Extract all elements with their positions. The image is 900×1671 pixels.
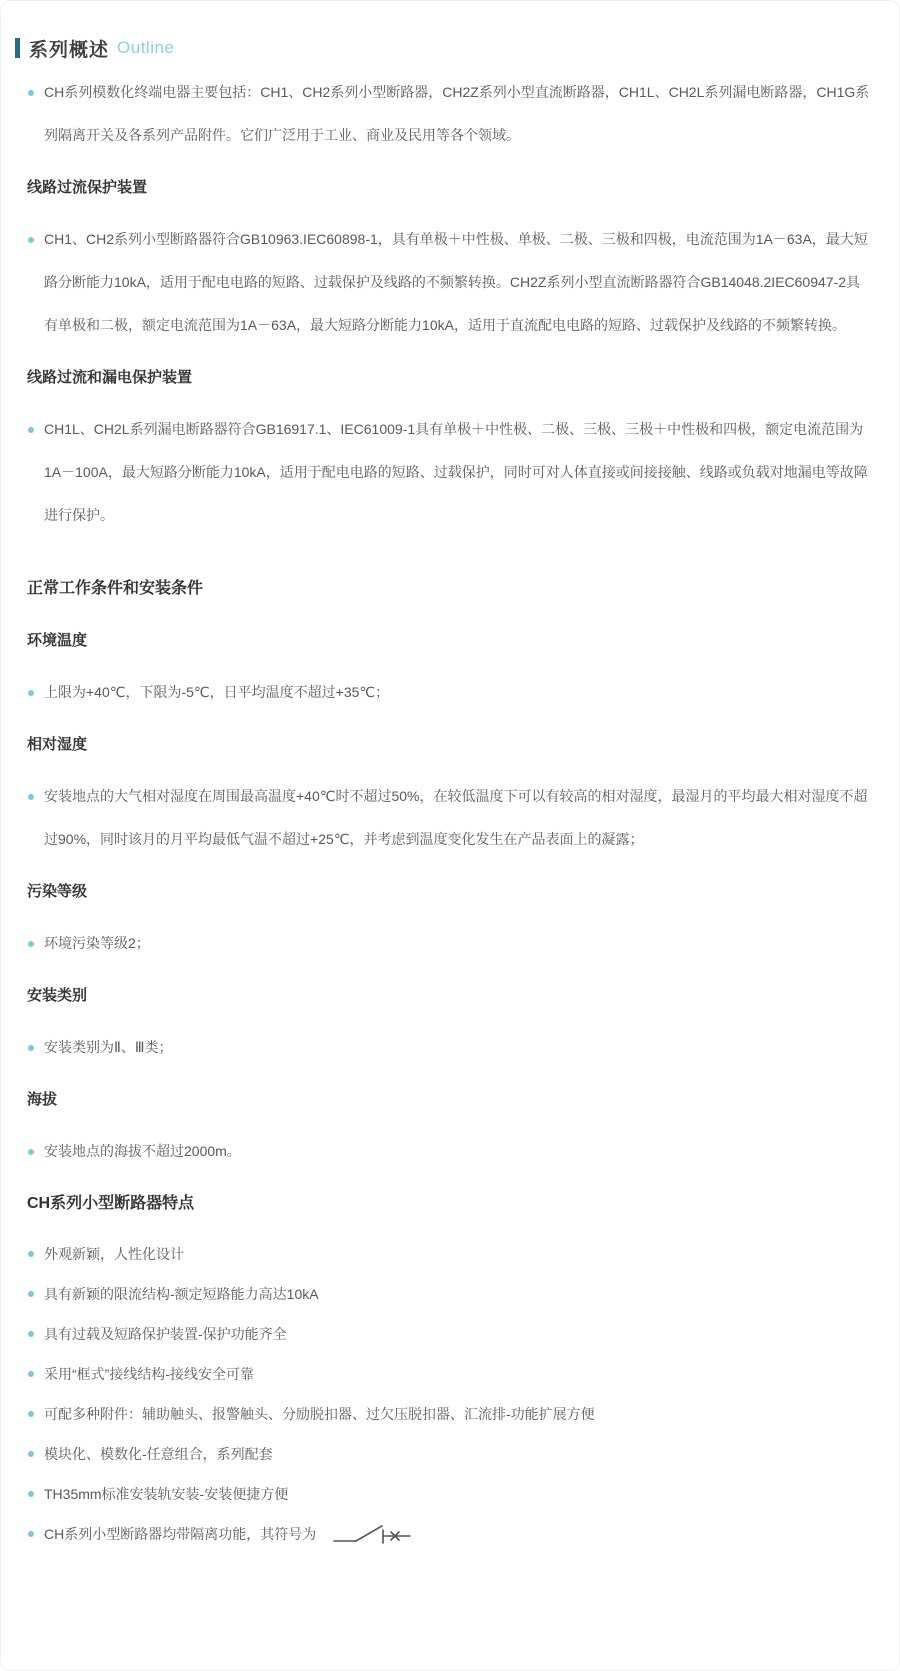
- feature-list: 外观新颖，人性化设计 具有新颖的限流结构-额定短路能力高达10kA 具有过载及短…: [27, 1234, 871, 1554]
- bullet-icon: [28, 1331, 34, 1337]
- section-heading-ambient-temperature: 环境温度: [27, 619, 871, 662]
- bullet-text: 环境污染等级2；: [44, 922, 871, 965]
- list-item: CH1、CH2系列小型断路器符合GB10963.IEC60898-1，具有单极＋…: [27, 218, 871, 347]
- bullet-icon: [28, 1045, 34, 1051]
- list-item: CH系列模数化终端电器主要包括：CH1、CH2系列小型断路器，CH2Z系列小型直…: [27, 71, 871, 157]
- bullet-text: 可配多种附件：辅助触头、报警触头、分励脱扣器、过欠压脱扣器、汇流排-功能扩展方便: [44, 1394, 871, 1434]
- bullet-text: 上限为+40℃，下限为-5℃，日平均温度不超过+35℃；: [44, 671, 871, 714]
- list-item: 具有过载及短路保护装置-保护功能齐全: [27, 1314, 871, 1354]
- bullet-icon: [28, 1411, 34, 1417]
- list-item: CH1L、CH2L系列漏电断路器符合GB16917.1、IEC61009-1具有…: [27, 408, 871, 537]
- bullet-icon: [28, 941, 34, 947]
- bullet-icon: [28, 1149, 34, 1155]
- page-title: 系列概述: [29, 35, 109, 62]
- section-heading-working-conditions: 正常工作条件和安装条件: [27, 567, 871, 610]
- bullet-icon: [28, 1451, 34, 1457]
- list-item: CH系列小型断路器均带隔离功能，其符号为: [27, 1514, 871, 1554]
- bullet-text: CH1L、CH2L系列漏电断路器符合GB16917.1、IEC61009-1具有…: [44, 408, 871, 537]
- bullet-text: 安装地点的大气相对湿度在周围最高温度+40℃时不超过50%，在较低温度下可以有较…: [44, 775, 871, 861]
- list-item: 模块化、模数化-任意组合，系列配套: [27, 1434, 871, 1474]
- bullet-icon: [28, 427, 34, 433]
- bullet-text: 采用“框式”接线结构-接线安全可靠: [44, 1354, 871, 1394]
- list-item: 安装地点的大气相对湿度在周围最高温度+40℃时不超过50%，在较低温度下可以有较…: [27, 775, 871, 861]
- isolator-switch-symbol-icon: [332, 1518, 412, 1548]
- bullet-icon: [28, 1491, 34, 1497]
- bullet-text: 具有新颖的限流结构-额定短路能力高达10kA: [44, 1274, 871, 1314]
- bullet-icon: [28, 1371, 34, 1377]
- bullet-text-label: CH系列小型断路器均带隔离功能，其符号为: [44, 1526, 316, 1542]
- list-item: 环境污染等级2；: [27, 922, 871, 965]
- document-page: 系列概述 Outline CH系列模数化终端电器主要包括：CH1、CH2系列小型…: [0, 0, 900, 1671]
- list-item: TH35mm标准安装轨安装-安装便捷方便: [27, 1474, 871, 1514]
- list-item: 安装类别为Ⅱ、Ⅲ类；: [27, 1026, 871, 1069]
- bullet-icon: [28, 237, 34, 243]
- bullet-text: 模块化、模数化-任意组合，系列配套: [44, 1434, 871, 1474]
- bullet-text: 具有过载及短路保护装置-保护功能齐全: [44, 1314, 871, 1354]
- bullet-icon: [28, 794, 34, 800]
- section-heading-overcurrent: 线路过流保护装置: [27, 166, 871, 209]
- section-heading-installation-category: 安装类别: [27, 974, 871, 1017]
- bullet-icon: [28, 690, 34, 696]
- page-header: 系列概述 Outline: [15, 35, 871, 61]
- bullet-icon: [28, 1251, 34, 1257]
- document-content: 系列概述 Outline CH系列模数化终端电器主要包括：CH1、CH2系列小型…: [1, 1, 899, 1574]
- list-item: 外观新颖，人性化设计: [27, 1234, 871, 1274]
- list-item: 上限为+40℃，下限为-5℃，日平均温度不超过+35℃；: [27, 671, 871, 714]
- bullet-text: CH1、CH2系列小型断路器符合GB10963.IEC60898-1，具有单极＋…: [44, 218, 871, 347]
- bullet-text: 安装类别为Ⅱ、Ⅲ类；: [44, 1026, 871, 1069]
- list-item: 具有新颖的限流结构-额定短路能力高达10kA: [27, 1274, 871, 1314]
- section-heading-pollution-degree: 污染等级: [27, 870, 871, 913]
- bullet-text: CH系列小型断路器均带隔离功能，其符号为: [44, 1514, 871, 1554]
- bullet-icon: [28, 1291, 34, 1297]
- list-item: 采用“框式”接线结构-接线安全可靠: [27, 1354, 871, 1394]
- bullet-text: CH系列模数化终端电器主要包括：CH1、CH2系列小型断路器，CH2Z系列小型直…: [44, 71, 871, 157]
- title-accent-bar: [15, 38, 20, 58]
- bullet-text: TH35mm标准安装轨安装-安装便捷方便: [44, 1474, 871, 1514]
- section-heading-features: CH系列小型断路器特点: [27, 1182, 871, 1225]
- page-subtitle: Outline: [117, 38, 174, 58]
- list-item: 安装地点的海拔不超过2000m。: [27, 1130, 871, 1173]
- list-item: 可配多种附件：辅助触头、报警触头、分励脱扣器、过欠压脱扣器、汇流排-功能扩展方便: [27, 1394, 871, 1434]
- section-heading-altitude: 海拔: [27, 1078, 871, 1121]
- bullet-text: 外观新颖，人性化设计: [44, 1234, 871, 1274]
- section-heading-relative-humidity: 相对湿度: [27, 723, 871, 766]
- section-heading-overcurrent-leakage: 线路过流和漏电保护装置: [27, 356, 871, 399]
- bullet-text: 安装地点的海拔不超过2000m。: [44, 1130, 871, 1173]
- bullet-icon: [28, 1531, 34, 1537]
- bullet-icon: [28, 90, 34, 96]
